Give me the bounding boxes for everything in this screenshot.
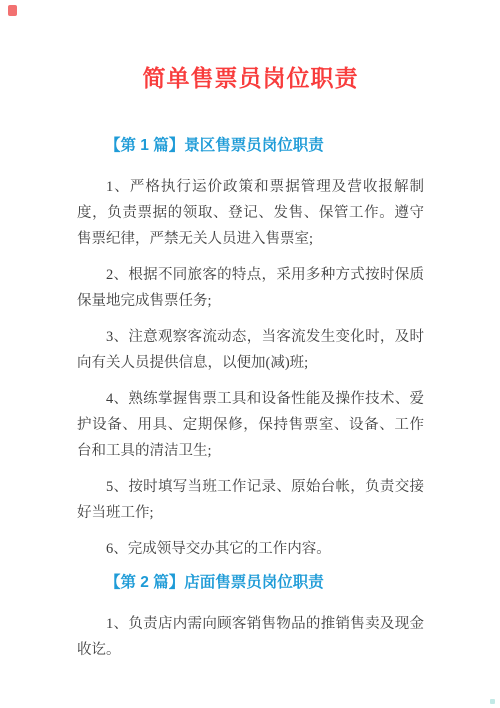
- paragraph-duty-2: 2、根据不同旅客的特点，采用多种方式按时保质保量地完成售票任务;: [77, 262, 424, 314]
- red-seal-dot-icon: [8, 5, 17, 16]
- document-page: 简单售票员岗位职责 【第 1 篇】景区售票员岗位职责 1、严格执行运价政策和票据…: [0, 0, 500, 708]
- section-heading-1: 【第 1 篇】景区售票员岗位职责: [77, 135, 424, 156]
- paragraph-duty-1: 1、严格执行运价政策和票据管理及营收报解制度，负责票据的领取、登记、发售、保管工…: [77, 174, 424, 252]
- page-title: 简单售票员岗位职责: [77, 64, 424, 93]
- paragraph-duty-4: 4、熟练掌握售票工具和设备性能及操作技术、爱护设备、用具、定期保修，保持售票室、…: [77, 386, 424, 464]
- paragraph-duty-6: 6、完成领导交办其它的工作内容。: [77, 536, 424, 562]
- paragraph-duty-3: 3、注意观察客流动态，当客流发生变化时，及时向有关人员提供信息，以便加(减)班;: [77, 324, 424, 376]
- teal-dot-icon: [490, 699, 495, 704]
- paragraph-section2-duty-1: 1、负责店内需向顾客销售物品的推销售卖及现金收讫。: [77, 611, 424, 663]
- section-heading-2: 【第 2 篇】店面售票员岗位职责: [77, 572, 424, 593]
- paragraph-duty-5: 5、按时填写当班工作记录、原始台帐，负责交接好当班工作;: [77, 474, 424, 526]
